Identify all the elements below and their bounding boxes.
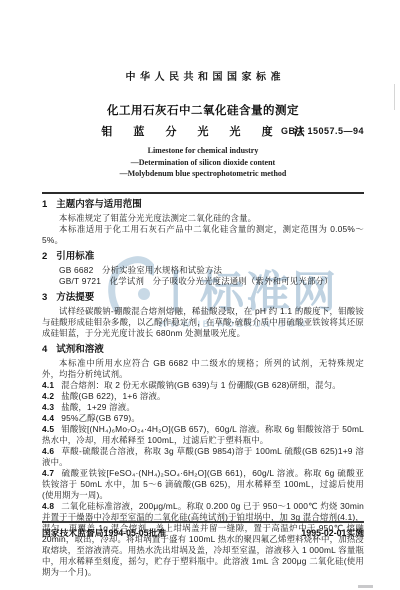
standard-number: GB/T 15057.5—94 [281, 126, 364, 136]
document-title: 化工用石灰石中二氧化硅含量的测定 [42, 102, 364, 118]
item-text: 盐酸(GB 622)，1+6 溶液。 [61, 391, 165, 401]
scan-artifact-dash [358, 585, 373, 588]
item-number: 4.1 [42, 380, 54, 390]
reagent-item: 4.6草酸-硫酸混合溶液，称取 3g 草酸(GB 9854)溶于 100mL 硫… [42, 446, 364, 468]
standard-document-page: 丨标准网 WWW.IBIAOZHUN.COM 中华人民共和国国家标准 化工用石灰… [0, 0, 400, 590]
reference-item: GB/T 9721 化学试剂 分子吸收分光光度法通则（紫外和可见光部分） [42, 276, 364, 287]
item-text: 硫酸亚铁铵[FeSO₄·(NH₄)₂SO₄·6H₂O](GB 661)，60g/… [42, 468, 364, 500]
footer: 国家技术监督局1994-05-05批准 1995-02-01实施 [42, 521, 364, 539]
reagent-item: 4.2盐酸(GB 622)，1+6 溶液。 [42, 391, 364, 402]
section-number: 2 [42, 251, 47, 262]
english-title-line: Limestone for chemical industry [42, 145, 364, 157]
item-text: 混合熔剂：取 2 份无水碳酸钠(GB 639)与 1 份硼酸(GB 628)研细… [61, 380, 341, 390]
section-number: 3 [42, 292, 47, 303]
section-references: 2引用标准 GB 6682 分析实验室用水规格和试验方法 GB/T 9721 化… [42, 251, 364, 287]
national-standard-label: 中华人民共和国国家标准 [42, 68, 364, 83]
section-title: 4试剂和溶液 [42, 344, 364, 356]
item-number: 4.4 [42, 413, 54, 423]
implementation-text: 1995-02-01实施 [301, 526, 364, 539]
item-text: 盐酸，1+29 溶液。 [61, 402, 135, 412]
reagent-item: 4.5钼酸铵[(NH₄)₆Mo₇O₂₄·4H₂O](GB 657)，60g/L … [42, 424, 364, 446]
reagent-item: 4.1混合熔剂：取 2 份无水碳酸钠(GB 639)与 1 份硼酸(GB 628… [42, 380, 364, 391]
item-number: 4.2 [42, 391, 54, 401]
section-scope: 1主题内容与适用范围 本标准规定了钼蓝分光光度法测定二氧化硅的含量。 本标准适用… [42, 199, 364, 246]
section-number: 1 [42, 199, 47, 210]
title-rule [42, 192, 364, 194]
section-number: 4 [42, 344, 47, 355]
english-title-line: —Molybdenum blue spectrophotometric meth… [42, 168, 364, 180]
item-number: 4.3 [42, 402, 54, 412]
reference-item: GB 6682 分析实验室用水规格和试验方法 [42, 265, 364, 276]
document-content: 中华人民共和国国家标准 化工用石灰石中二氧化硅含量的测定 钼 蓝 分 光 光 度… [42, 0, 364, 578]
item-number: 4.5 [42, 424, 54, 434]
item-number: 4.7 [42, 468, 54, 478]
reagent-item: 4.495%乙醇(GB 679)。 [42, 413, 364, 424]
paragraph: 本标准适用于化工用石灰石产品中二氧化硅含量的测定，测定范围为 0.05%～5%。 [42, 224, 364, 246]
paragraph: 试样经碳酸钠-硼酸混合熔剂熔融，稀盐酸浸取，在 pH 约 1.1 的酸度下，钼酸… [42, 306, 364, 339]
section-title: 1主题内容与适用范围 [42, 199, 364, 211]
item-number: 4.8 [42, 501, 54, 511]
section-title: 2引用标准 [42, 251, 364, 263]
reagent-item: 4.8二氧化硅标准溶液，200μg/mL。称取 0.200 0g 已于 950～… [42, 501, 364, 578]
approval-text: 国家技术监督局1994-05-05批准 [42, 526, 166, 539]
paragraph: 本标准中所用水应符合 GB 6682 中二级水的规格；所列的试剂，无特殊规定外，… [42, 358, 364, 380]
paragraph: 本标准规定了钼蓝分光光度法测定二氧化硅的含量。 [42, 213, 364, 224]
section-method-summary: 3方法提要 试样经碳酸钠-硼酸混合熔剂熔融，稀盐酸浸取，在 pH 约 1.1 的… [42, 292, 364, 339]
item-number: 4.6 [42, 446, 54, 456]
footer-rule [42, 521, 364, 523]
item-text: 95%乙醇(GB 679)。 [61, 413, 140, 423]
item-text: 草酸-硫酸混合溶液，称取 3g 草酸(GB 9854)溶于 100mL 硫酸(G… [42, 446, 364, 467]
item-text: 二氧化硅标准溶液，200μg/mL。称取 0.200 0g 已于 950～1 0… [42, 501, 364, 577]
item-text: 钼酸铵[(NH₄)₆Mo₇O₂₄·4H₂O](GB 657)，60g/L 溶液。… [42, 424, 364, 445]
scan-artifact-tick [394, 84, 395, 110]
reagent-item: 4.3盐酸，1+29 溶液。 [42, 402, 364, 413]
english-title-line: —Determination of silicon dioxide conten… [42, 157, 364, 169]
english-title: Limestone for chemical industry —Determi… [42, 145, 364, 180]
reagent-item: 4.7硫酸亚铁铵[FeSO₄·(NH₄)₂SO₄·6H₂O](GB 661)，6… [42, 468, 364, 501]
section-reagents: 4试剂和溶液 本标准中所用水应符合 GB 6682 中二级水的规格；所列的试剂，… [42, 344, 364, 578]
section-title: 3方法提要 [42, 292, 364, 304]
